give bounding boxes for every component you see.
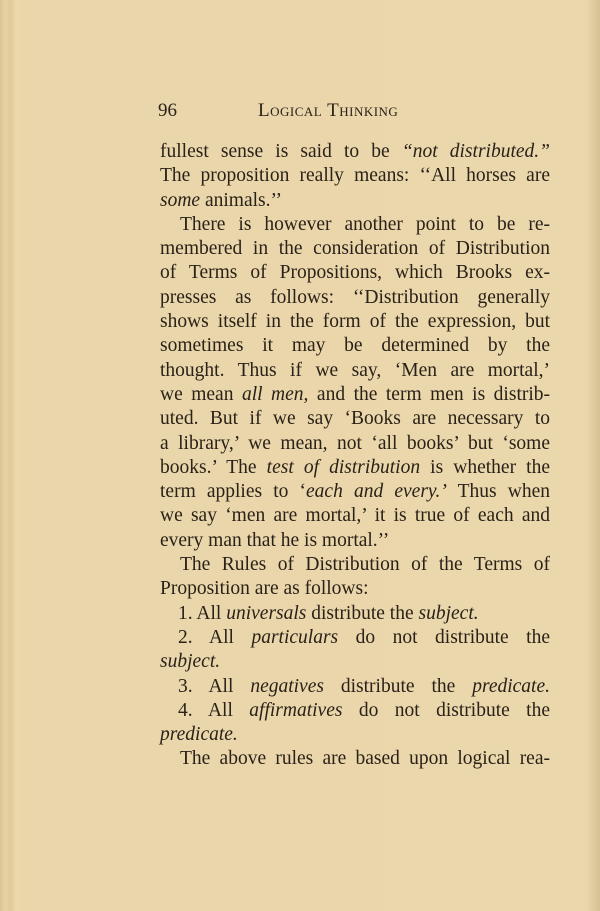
text-line: 3. All negatives distribute the predicat…	[160, 675, 550, 699]
text-line: Proposition are as follows:	[160, 577, 550, 601]
text-run: books.’ The	[160, 457, 267, 478]
text-line: we mean all men, and the term men is dis…	[160, 383, 550, 407]
text-line: 2. All particulars do not distribute the	[160, 626, 550, 650]
text-line: shows itself in the form of the expressi…	[160, 310, 550, 334]
text-line: books.’ The test of distribution is whet…	[160, 456, 550, 480]
text-run: we mean	[160, 384, 242, 405]
text-run: a library,’ we mean, not ‘all books’ but…	[160, 433, 550, 454]
page-number: 96	[158, 100, 177, 122]
text-run: we say ‘men are mortal,’ it is true of e…	[160, 505, 550, 526]
text-run: Proposition are as follows:	[160, 578, 369, 599]
text-line: every man that he is mortal.’’	[160, 529, 550, 553]
text-run: distribute the	[324, 676, 472, 697]
text-run: 3. All	[178, 676, 250, 697]
text-run: The Rules of Distribution of the Terms o…	[180, 554, 550, 575]
italic-run: predicate.	[472, 676, 550, 697]
text-line: The proposition really means: ‘‘All hors…	[160, 164, 550, 188]
italic-run: affirmatives	[249, 700, 342, 721]
text-line: membered in the consideration of Distrib…	[160, 237, 550, 261]
italic-run: some	[160, 190, 200, 211]
text-run: shows itself in the form of the expressi…	[160, 311, 550, 332]
text-run: The proposition really means: ‘‘All hors…	[160, 165, 550, 186]
text-run: Thus when	[447, 481, 550, 502]
text-line: fullest sense is said to be “not distrib…	[160, 140, 550, 164]
italic-run: universals	[226, 603, 306, 624]
text-run: do not distribute the	[338, 627, 550, 648]
text-line: uted. But if we say ‘Books are necessary…	[160, 407, 550, 431]
text-run: thought. Thus if we say, ‘Men are mortal…	[160, 360, 550, 381]
text-line: subject.	[160, 650, 550, 674]
text-line: There is however another point to be re-	[160, 213, 550, 237]
italic-run: all men,	[242, 384, 308, 405]
text-run: presses as follows: ‘‘Distribution gener…	[160, 287, 550, 308]
italic-run: “not distributed.”	[402, 141, 550, 162]
text-line: a library,’ we mean, not ‘all books’ but…	[160, 432, 550, 456]
text-run: animals.’’	[200, 190, 282, 211]
running-head: 96 Logical Thinking	[158, 100, 548, 124]
text-run: 1. All	[178, 603, 226, 624]
running-title: Logical Thinking	[258, 100, 398, 122]
text-run: uted. But if we say ‘Books are necessary…	[160, 408, 550, 429]
text-run: and the term men is distrib-	[308, 384, 550, 405]
text-run: There is however another point to be re-	[180, 214, 550, 235]
text-run: 4. All	[178, 700, 249, 721]
text-line: we say ‘men are mortal,’ it is true of e…	[160, 504, 550, 528]
text-line: thought. Thus if we say, ‘Men are mortal…	[160, 359, 550, 383]
text-line: The Rules of Distribution of the Terms o…	[160, 553, 550, 577]
text-run: of Terms of Propositions, which Brooks e…	[160, 262, 550, 283]
text-line: sometimes it may be determined by the	[160, 334, 550, 358]
book-page: 96 Logical Thinking fullest sense is sai…	[0, 0, 600, 911]
text-line: predicate.	[160, 723, 550, 747]
text-line: The above rules are based upon logical r…	[160, 747, 550, 771]
text-run: term applies to ‘	[160, 481, 306, 502]
italic-run: subject.	[419, 603, 479, 624]
text-run: 2. All	[178, 627, 251, 648]
body-text: fullest sense is said to be “not distrib…	[160, 140, 550, 772]
text-run: do not distribute the	[342, 700, 550, 721]
text-line: 4. All affirmatives do not distribute th…	[160, 699, 550, 723]
text-line: some animals.’’	[160, 189, 550, 213]
text-run: membered in the consideration of Distrib…	[160, 238, 550, 259]
text-line: 1. All universals distribute the subject…	[160, 602, 550, 626]
text-run: is whether the	[420, 457, 550, 478]
text-run: The above rules are based upon logical r…	[180, 748, 550, 769]
text-run: sometimes it may be determined by the	[160, 335, 550, 356]
text-line: of Terms of Propositions, which Brooks e…	[160, 261, 550, 285]
text-run: every man that he is mortal.’’	[160, 530, 389, 551]
italic-run: subject.	[160, 651, 220, 672]
text-line: term applies to ‘each and every.’ Thus w…	[160, 480, 550, 504]
text-run: distribute the	[306, 603, 418, 624]
italic-run: each and every.’	[306, 481, 447, 502]
italic-run: negatives	[250, 676, 324, 697]
italic-run: test of distribution	[267, 457, 420, 478]
text-line: presses as follows: ‘‘Distribution gener…	[160, 286, 550, 310]
text-run: fullest sense is said to be	[160, 141, 402, 162]
italic-run: predicate.	[160, 724, 238, 745]
italic-run: particulars	[251, 627, 338, 648]
